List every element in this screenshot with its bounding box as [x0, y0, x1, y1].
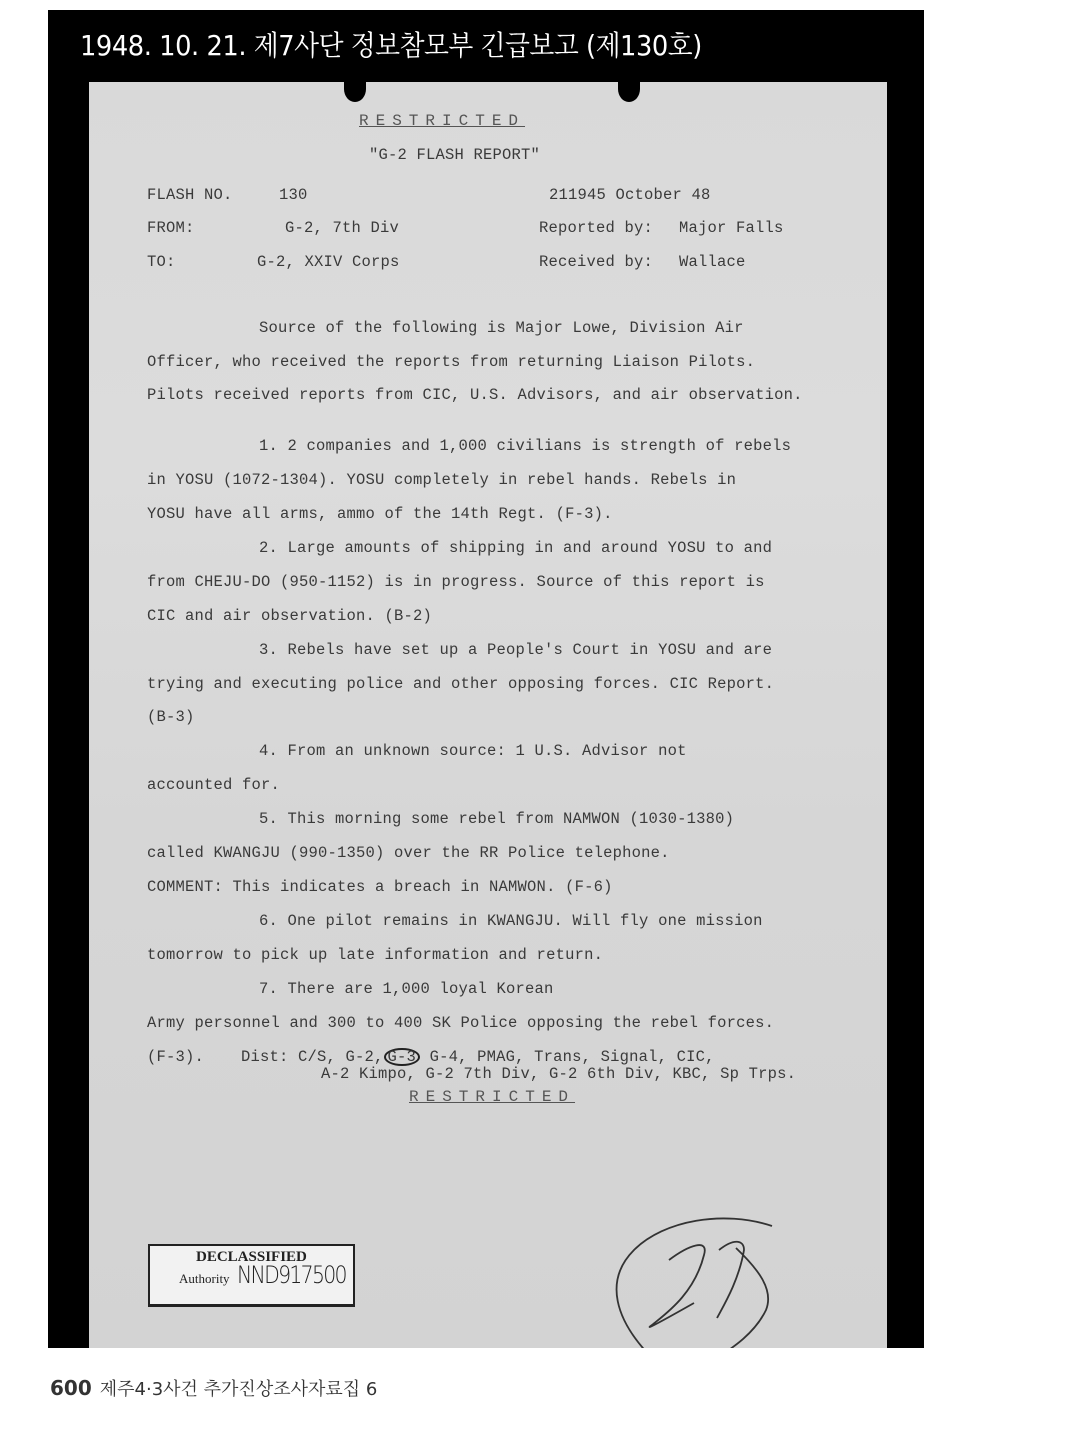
page-title: 1948. 10. 21. 제7사단 정보참모부 긴급보고 (제130호)	[80, 24, 702, 64]
report-title: "G-2 FLASH REPORT"	[369, 146, 540, 164]
handwritten-page-number-icon	[594, 1200, 784, 1348]
to-value: G-2, XXIV Corps	[257, 253, 400, 271]
body-line: called KWANGJU (990-1350) over the RR Po…	[147, 844, 670, 862]
dist-label: Dist:	[241, 1048, 289, 1066]
body-line: from CHEJU-DO (950-1152) is in progress.…	[147, 573, 765, 591]
circled-recipient: G-3	[384, 1048, 421, 1066]
report-datetime: 211945 October 48	[549, 186, 711, 204]
body-line: YOSU have all arms, ammo of the 14th Reg…	[147, 505, 613, 523]
body-line: Officer, who received the reports from r…	[147, 353, 755, 371]
body-line: 4. From an unknown source: 1 U.S. Adviso…	[259, 742, 687, 760]
photo-frame: 1948. 10. 21. 제7사단 정보참모부 긴급보고 (제130호) RE…	[48, 10, 924, 1348]
body-line: Army personnel and 300 to 400 SK Police …	[147, 1014, 774, 1032]
received-by-value: Wallace	[679, 253, 746, 271]
body-line: Source of the following is Major Lowe, D…	[259, 319, 744, 337]
dist-recipients: C/S, G-2,	[298, 1048, 384, 1066]
dist-recipients: G-4, PMAG, Trans, Signal, CIC,	[430, 1048, 715, 1066]
body-line: CIC and air observation. (B-2)	[147, 607, 432, 625]
body-line: accounted for.	[147, 776, 280, 794]
page-number: 600	[50, 1376, 92, 1400]
body-line: 5. This morning some rebel from NAMWON (…	[259, 810, 734, 828]
received-by-label: Received by:	[539, 253, 653, 271]
body-line: tomorrow to pick up late information and…	[147, 946, 603, 964]
body-line: COMMENT: This indicates a breach in NAMW…	[147, 878, 613, 896]
to-label: TO:	[147, 253, 176, 271]
body-line: trying and executing police and other op…	[147, 675, 774, 693]
body-line: Pilots received reports from CIC, U.S. A…	[147, 386, 803, 404]
body-line: (B-3)	[147, 708, 195, 726]
body-line: 3. Rebels have set up a People's Court i…	[259, 641, 772, 659]
reported-by-value: Major Falls	[679, 219, 784, 237]
punch-hole	[344, 82, 366, 102]
body-line: 2. Large amounts of shipping in and arou…	[259, 539, 772, 557]
flash-no-label: FLASH NO.	[147, 186, 233, 204]
distribution-line-2: A-2 Kimpo, G-2 7th Div, G-2 6th Div, KBC…	[321, 1065, 796, 1083]
body-line: 7. There are 1,000 loyal Korean	[259, 980, 554, 998]
punch-hole	[618, 82, 640, 102]
stamp-authority-label: Authority	[179, 1271, 230, 1287]
classification-top: RESTRICTED	[359, 112, 525, 130]
distribution-line-1: Dist: C/S, G-2,G-3 G-4, PMAG, Trans, Sig…	[241, 1048, 715, 1066]
body-line: in YOSU (1072-1304). YOSU completely in …	[147, 471, 736, 489]
from-label: FROM:	[147, 219, 195, 237]
body-line: (F-3).	[147, 1048, 204, 1066]
page-footer: 600제주4·3사건 추가진상조사자료집 6	[50, 1375, 377, 1401]
body-line: 1. 2 companies and 1,000 civilians is st…	[259, 437, 791, 455]
body-line: 6. One pilot remains in KWANGJU. Will fl…	[259, 912, 763, 930]
stamp-authority-number: NND917500	[237, 1261, 346, 1289]
document-scan: RESTRICTED "G-2 FLASH REPORT" FLASH NO. …	[89, 82, 887, 1348]
from-value: G-2, 7th Div	[285, 219, 399, 237]
classification-bottom: RESTRICTED	[409, 1088, 575, 1106]
declassified-stamp: DECLASSIFIED Authority NND917500	[148, 1244, 355, 1307]
reported-by-label: Reported by:	[539, 219, 653, 237]
flash-no-value: 130	[279, 186, 308, 204]
book-title: 제주4·3사건 추가진상조사자료집 6	[100, 1379, 378, 1400]
